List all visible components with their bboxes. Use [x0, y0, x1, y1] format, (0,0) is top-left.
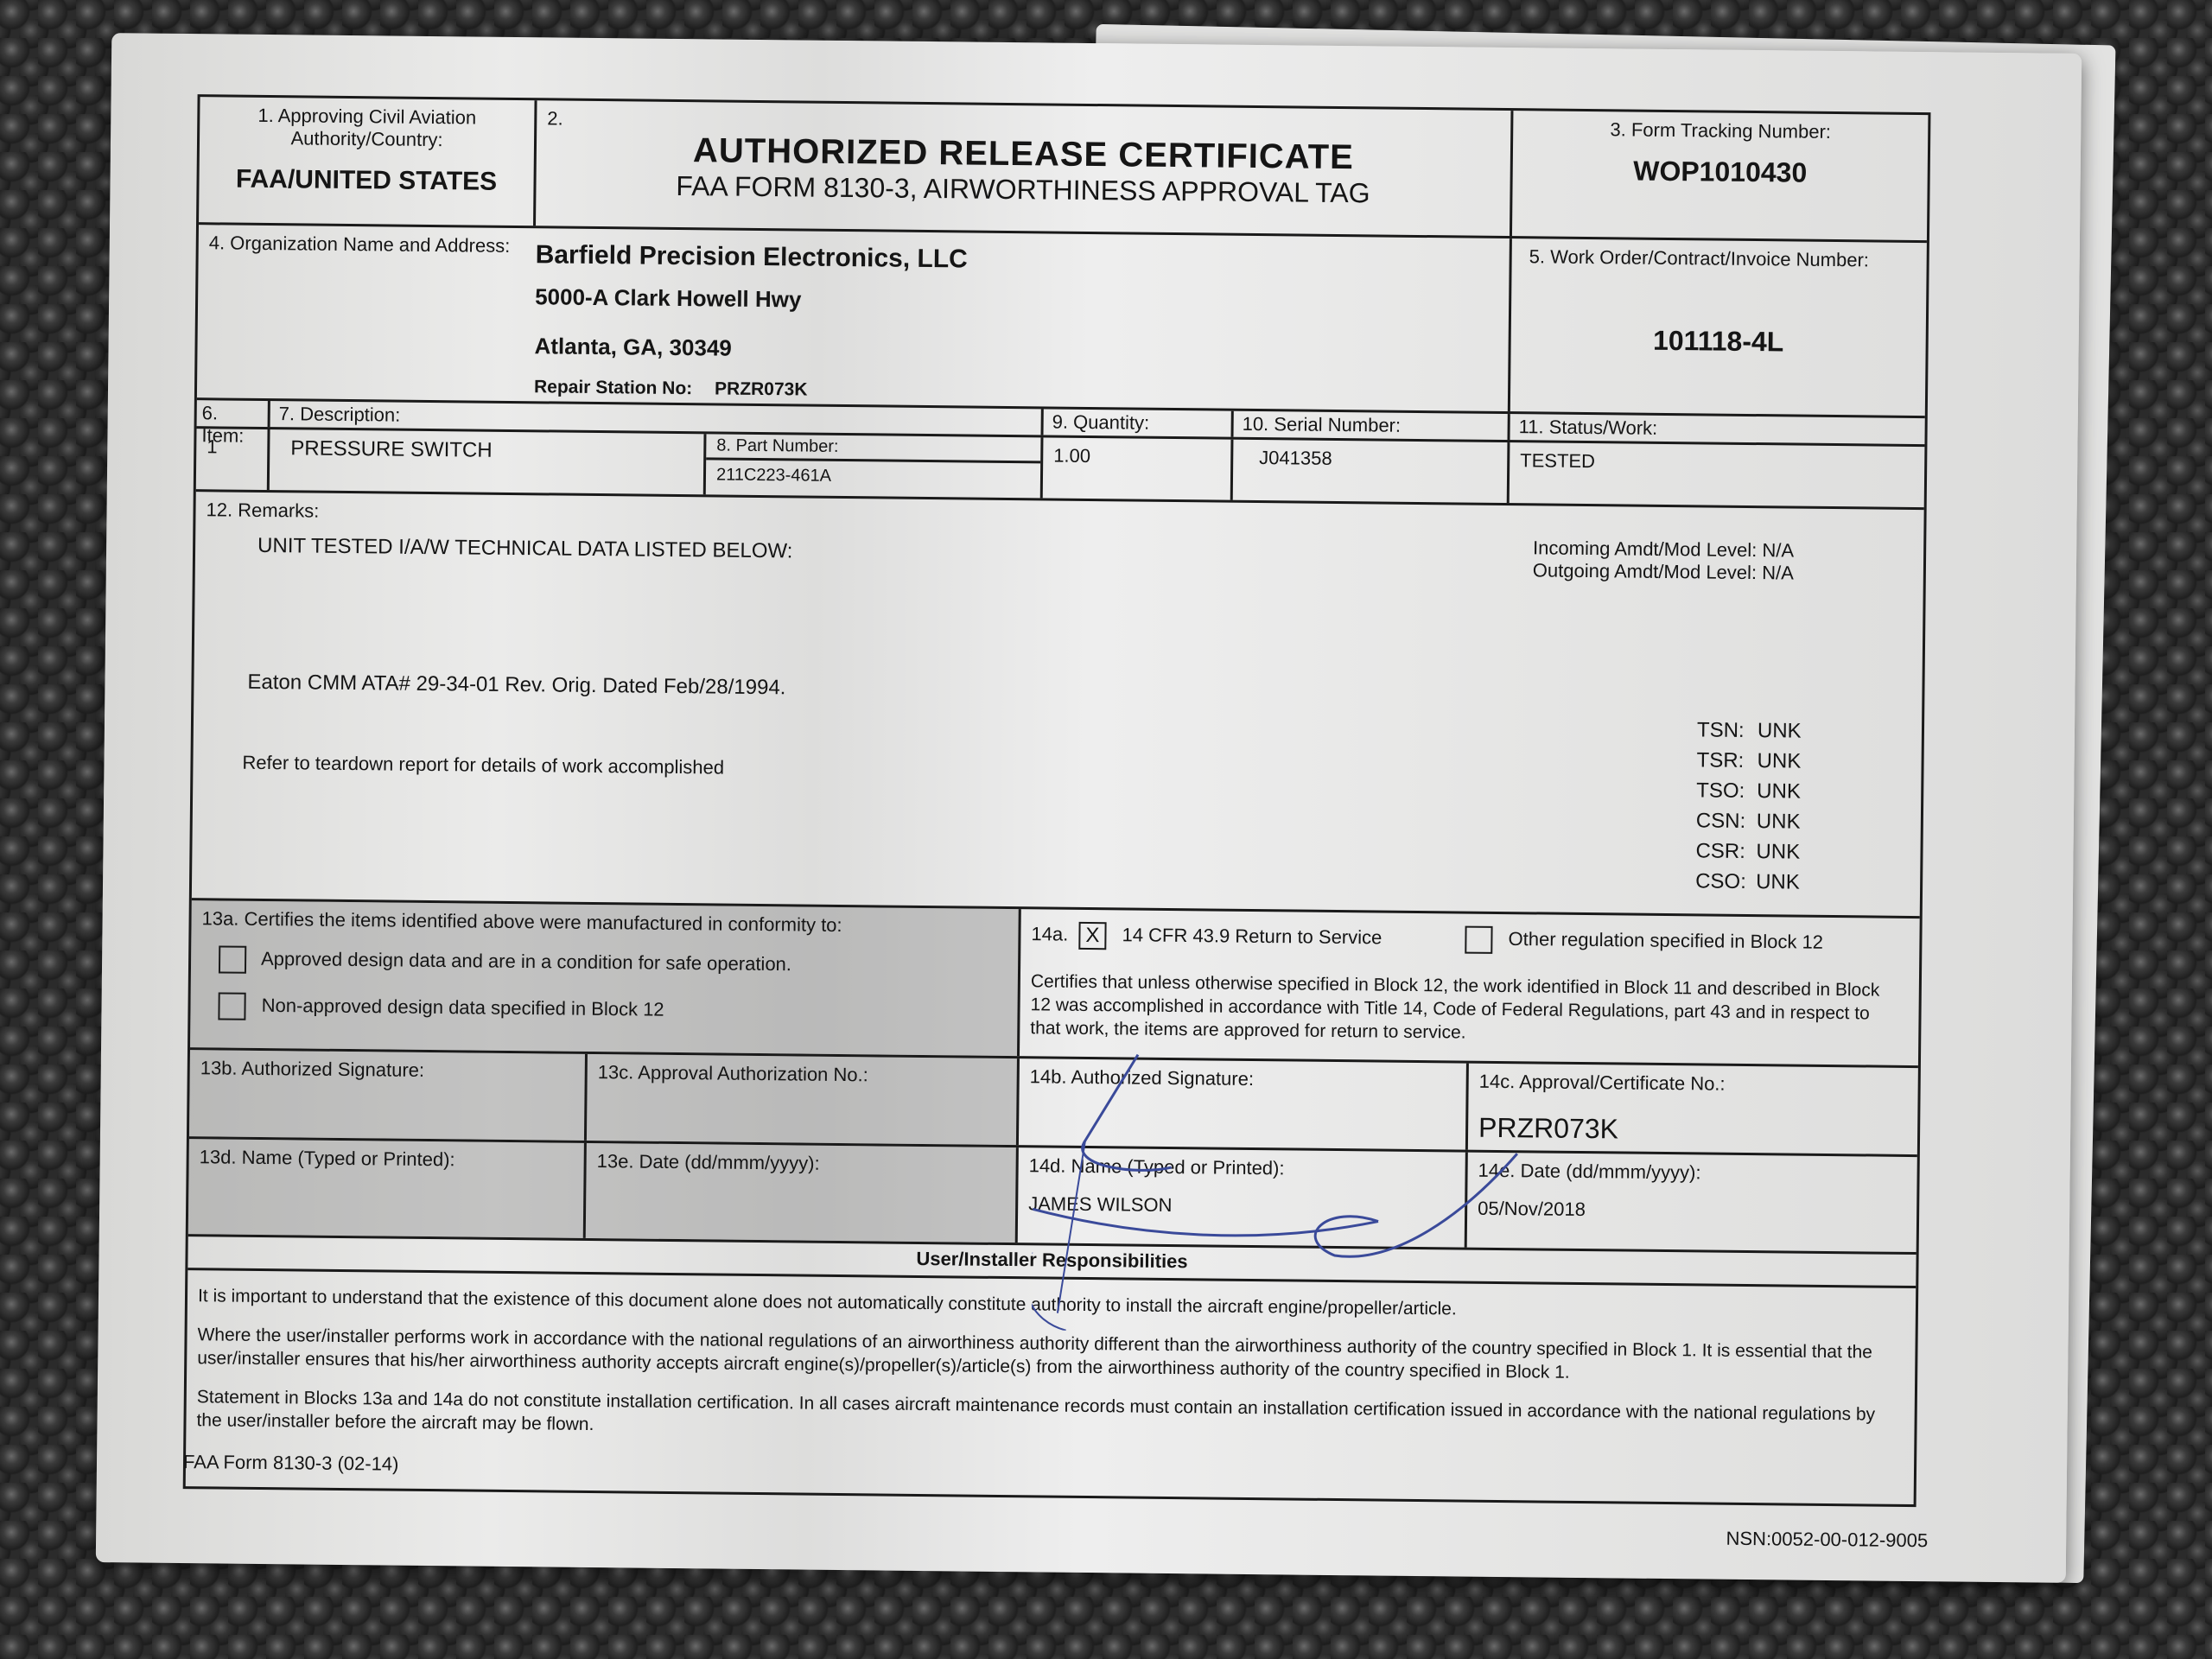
certificate-paper: 1. Approving Civil Aviation Authority/Co… — [96, 33, 2082, 1583]
block8: 8. Part Number: 211C223-461A — [706, 434, 1044, 498]
block6-header: 6. Item: — [197, 400, 270, 427]
block1-value: FAA/UNITED STATES — [209, 164, 523, 197]
block14d: 14d. Name (Typed or Printed): JAMES WILS… — [1018, 1147, 1468, 1247]
form-tracking-number: WOP1010430 — [1523, 154, 1917, 190]
time-cycle-row: CSO:UNK — [1695, 866, 1816, 897]
time-cycle-row: TSO:UNK — [1696, 775, 1817, 806]
block13a-approved-checkbox[interactable] — [219, 945, 246, 973]
responsibility-paragraph-2: Where the user/installer performs work i… — [197, 1323, 1904, 1388]
repair-station-label: Repair Station No: — [534, 377, 692, 398]
block13c: 13c. Approval Authorization No.: — [587, 1054, 1020, 1145]
time-cycle-row: TSN:UNK — [1697, 715, 1818, 746]
quantity: 1.00 — [1043, 437, 1234, 499]
block9-header: 9. Quantity: — [1044, 409, 1234, 436]
other-regulation-label: Other regulation specified in Block 12 — [1508, 928, 1823, 953]
block13a: 13a. Certifies the items identified abov… — [190, 900, 1021, 1056]
part-number: 211C223-461A — [706, 460, 1040, 493]
block13b: 13b. Authorized Signature: — [189, 1050, 588, 1141]
block1-label: 1. Approving Civil Aviation Authority/Co… — [210, 104, 524, 152]
nsn-footer: NSN:0052-00-012-9005 — [1726, 1528, 1928, 1552]
printed-name: JAMES WILSON — [1028, 1192, 1454, 1219]
block1: 1. Approving Civil Aviation Authority/Co… — [199, 97, 537, 226]
responsibility-paragraph-3: Statement in Blocks 13a and 14a do not c… — [196, 1385, 1904, 1450]
time-cycle-row: TSR:UNK — [1696, 745, 1817, 776]
responsibilities-text: It is important to understand that the e… — [186, 1270, 1916, 1504]
incoming-mod-level: Incoming Amdt/Mod Level: N/A — [1533, 537, 1794, 562]
org-name: Barfield Precision Electronics, LLC — [535, 240, 967, 274]
block3-label: 3. Form Tracking Number: — [1523, 118, 1917, 144]
repair-station-number: PRZR073K — [715, 378, 808, 399]
block14e: 14e. Date (dd/mmm/yyyy): 05/Nov/2018 — [1467, 1153, 1917, 1252]
time-cycle-row: CSR:UNK — [1695, 836, 1816, 867]
block14e-label: 14e. Date (dd/mmm/yyyy): — [1478, 1160, 1906, 1186]
item-description: PRESSURE SWITCH — [270, 429, 707, 494]
block13a-nonapproved-label: Non-approved design data specified in Bl… — [262, 995, 664, 1020]
block13e: 13e. Date (dd/mmm/yyyy): — [586, 1143, 1019, 1243]
approval-certificate-number: PRZR073K — [1478, 1112, 1907, 1148]
time-cycle-row: CSN:UNK — [1696, 805, 1817, 836]
serial-number: J041358 — [1233, 440, 1510, 503]
block5: 5. Work Order/Contract/Invoice Number: 1… — [1510, 238, 1927, 416]
remarks-line3: Refer to teardown report for details of … — [242, 752, 1910, 791]
block14a-label: 14a. — [1031, 923, 1068, 944]
block14c: 14c. Approval/Certificate No.: PRZR073K — [1468, 1064, 1918, 1154]
block5-label: 5. Work Order/Contract/Invoice Number: — [1522, 245, 1916, 272]
org-address-line1: 5000-A Clark Howell Hwy — [535, 283, 967, 315]
time-cycle-list: TSN:UNK TSR:UNK TSO:UNK CSN:UNK CSR:UNK … — [1695, 715, 1818, 897]
block8-label: 8. Part Number: — [706, 434, 1040, 463]
form-number-footer: FAA Form 8130-3 (02-14) — [183, 1451, 399, 1476]
faa-form-8130-3: 1. Approving Civil Aviation Authority/Co… — [183, 94, 1931, 1507]
block13a-approved-label: Approved design data and are in a condit… — [261, 948, 791, 975]
item-number: 1 — [196, 429, 270, 490]
outgoing-mod-level: Outgoing Amdt/Mod Level: N/A — [1533, 559, 1794, 584]
block4: 4. Organization Name and Address: Barfie… — [197, 225, 1512, 411]
block14d-label: 14d. Name (Typed or Printed): — [1029, 1154, 1455, 1181]
return-to-service-label: 14 CFR 43.9 Return to Service — [1122, 924, 1382, 948]
other-regulation-checkbox[interactable] — [1465, 926, 1492, 954]
block14b: 14b. Authorized Signature: — [1019, 1058, 1469, 1149]
block4-label: 4. Organization Name and Address: — [209, 232, 511, 257]
org-address-line2: Atlanta, GA, 30349 — [534, 333, 966, 364]
block10-header: 10. Serial Number: — [1234, 411, 1510, 440]
block13d: 13d. Name (Typed or Printed): — [188, 1139, 587, 1238]
block3: 3. Form Tracking Number: WOP1010430 — [1512, 111, 1928, 240]
block12-remarks: 12. Remarks: UNIT TESTED I/A/W TECHNICAL… — [192, 492, 1924, 916]
responsibility-paragraph-1: It is important to understand that the e… — [198, 1284, 1905, 1325]
block14a: 14a. X 14 CFR 43.9 Return to Service Oth… — [1020, 909, 1920, 1065]
block2: 2. AUTHORIZED RELEASE CERTIFICATE FAA FO… — [536, 100, 1513, 236]
date-value: 05/Nov/2018 — [1478, 1198, 1906, 1224]
block14a-certification-text: Certifies that unless otherwise specifie… — [1030, 969, 1909, 1049]
block13a-nonapproved-checkbox[interactable] — [218, 992, 245, 1020]
item-description-value: PRESSURE SWITCH — [290, 436, 493, 461]
work-order-number: 101118-4L — [1522, 323, 1916, 359]
block14c-label: 14c. Approval/Certificate No.: — [1479, 1071, 1908, 1097]
block13a-label: 13a. Certifies the items identified abov… — [201, 907, 1007, 938]
return-to-service-checkbox[interactable]: X — [1078, 922, 1106, 950]
status-work: TESTED — [1510, 442, 1925, 507]
remarks-line2: Eaton CMM ATA# 29-34-01 Rev. Orig. Dated… — [247, 671, 1911, 712]
block11-header: 11. Status/Work: — [1510, 414, 1924, 444]
